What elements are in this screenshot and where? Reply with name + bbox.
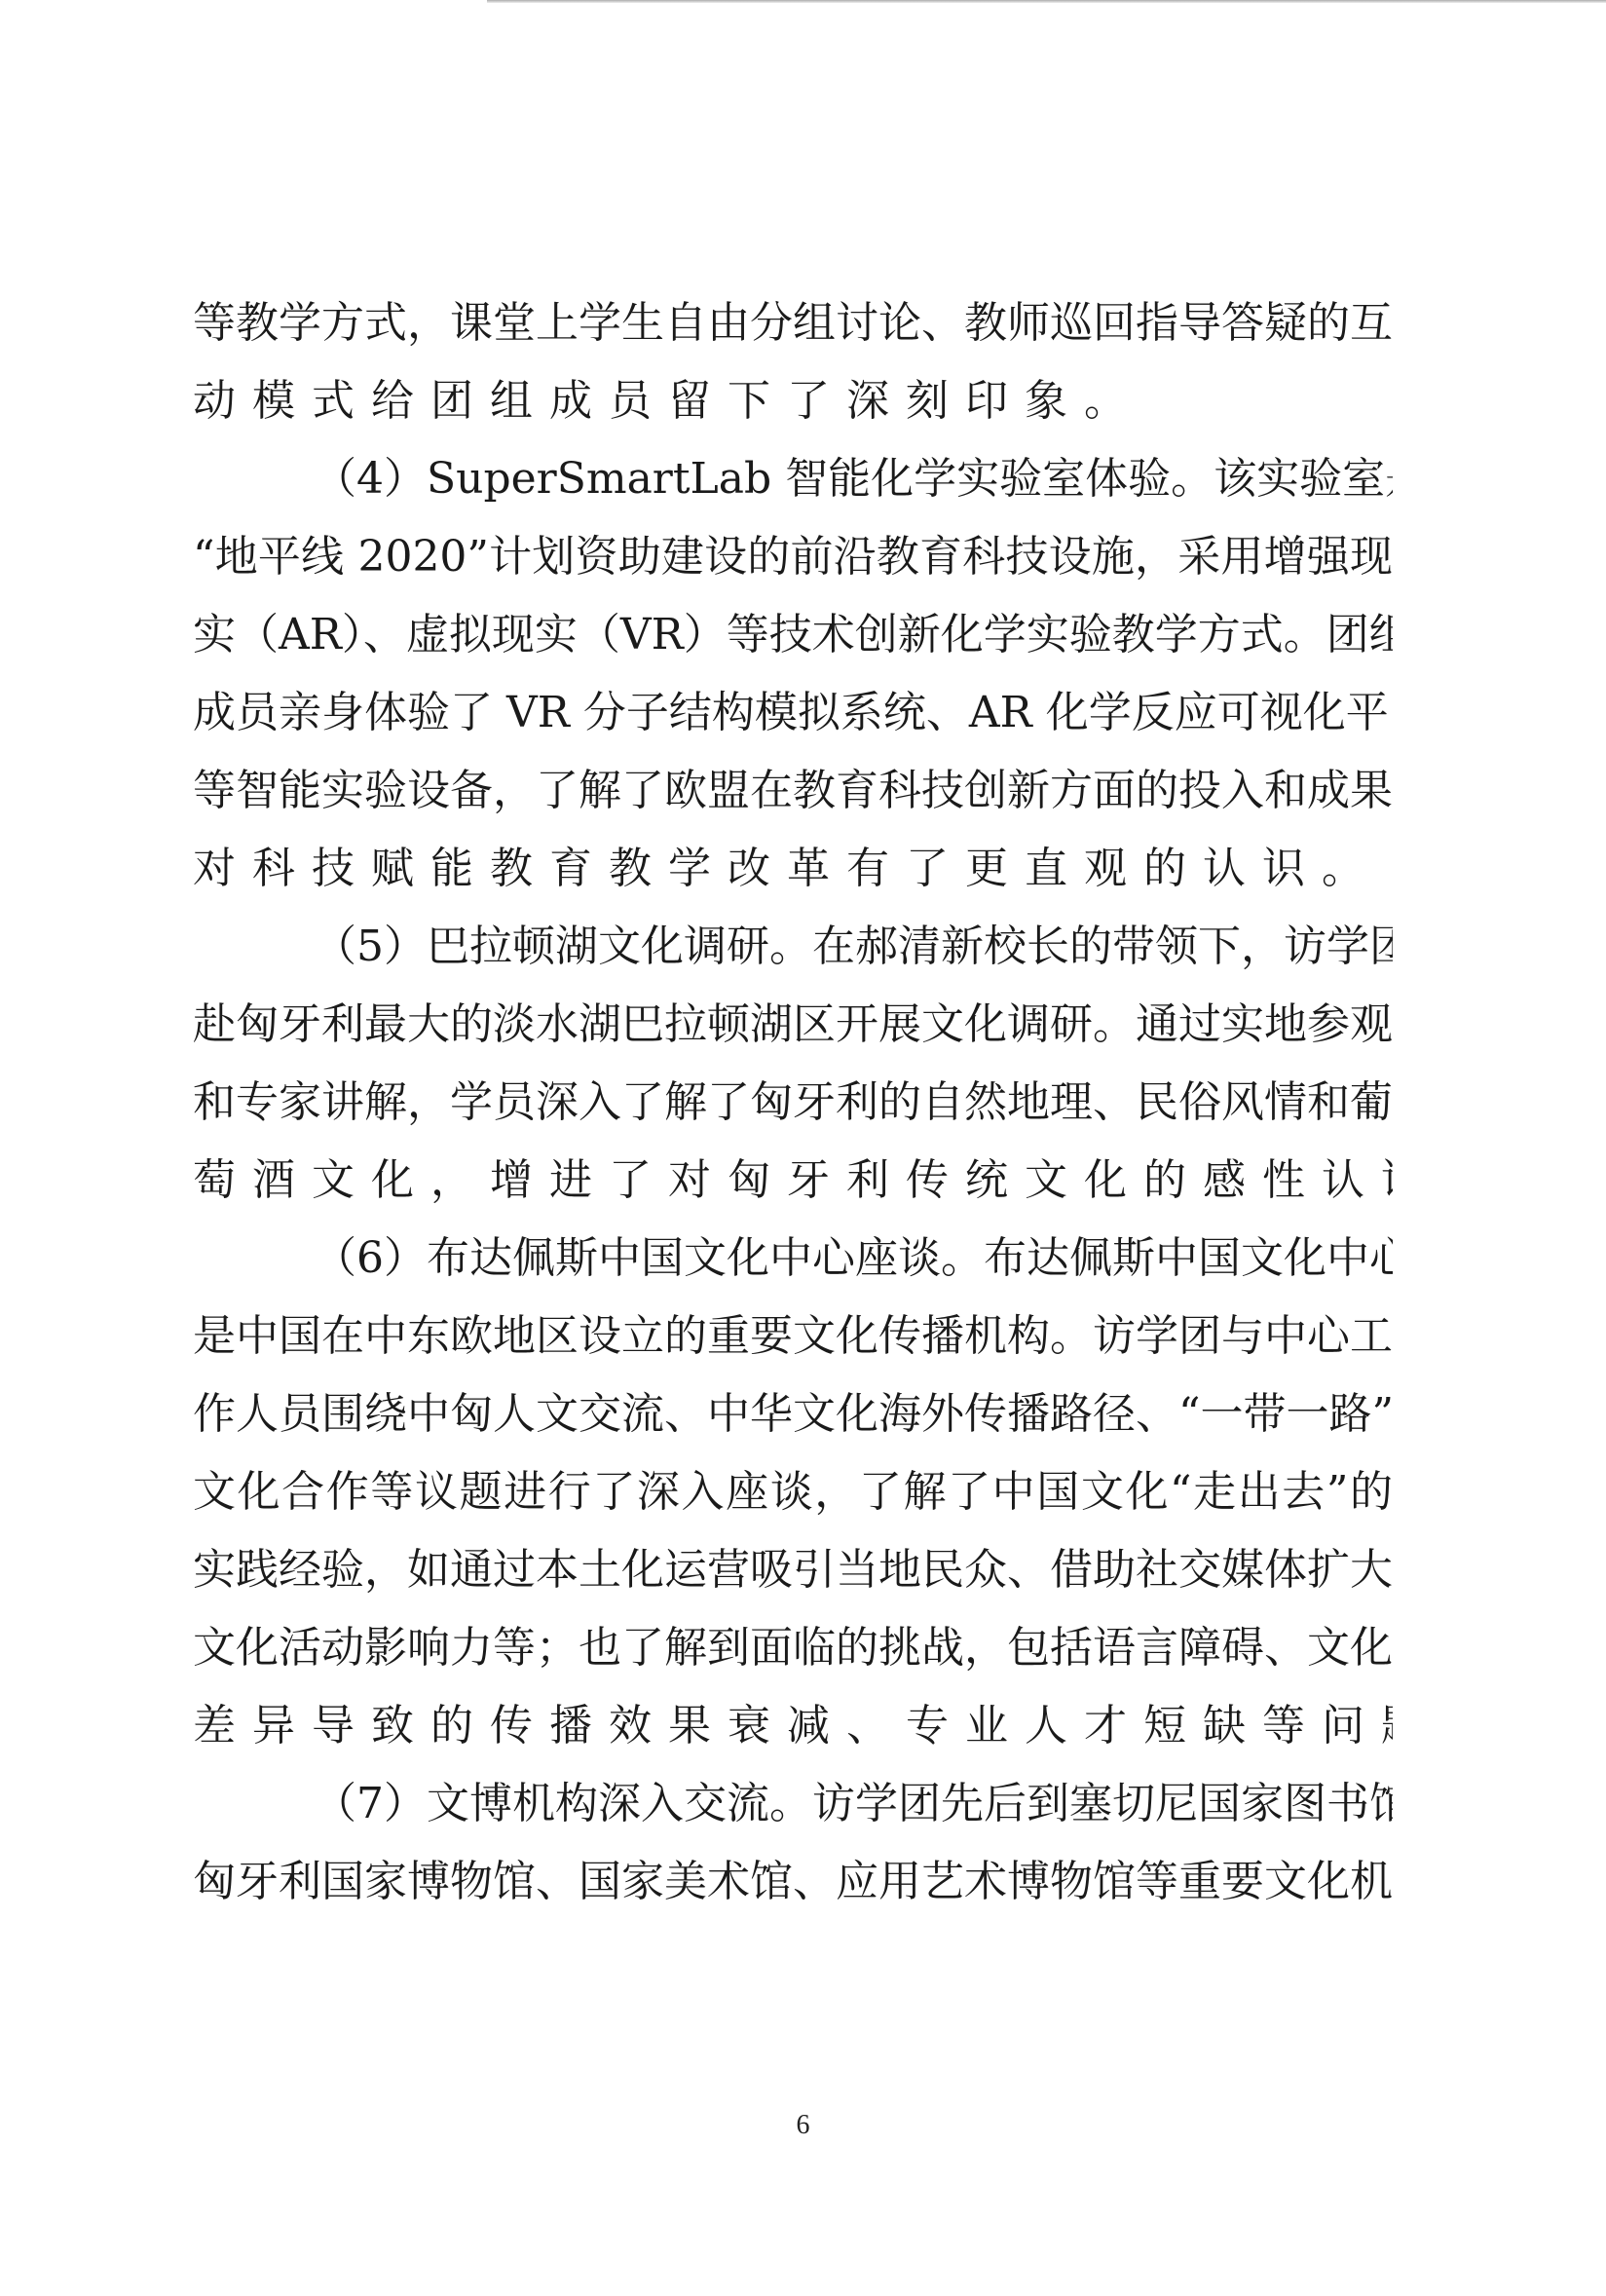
text-line: （5）巴拉顿湖文化调研。在郝清新校长的带领下，访学团: [193, 908, 1393, 986]
paragraph-item-5: （5）巴拉顿湖文化调研。在郝清新校长的带领下，访学团 赴匈牙利最大的淡水湖巴拉顿…: [193, 908, 1393, 1220]
text-line: 萄酒文化，增进了对匈牙利传统文化的感性认识。: [193, 1142, 1393, 1220]
text-line: 匈牙利国家博物馆、国家美术馆、应用艺术博物馆等重要文化机: [193, 1843, 1393, 1921]
text-line: （4）SuperSmartLab 智能化学实验室体验。该实验室是欧盟: [193, 440, 1393, 518]
text-line: 实践经验，如通过本土化运营吸引当地民众、借助社交媒体扩大: [193, 1531, 1393, 1609]
text-line: 文化活动影响力等；也了解到面临的挑战，包括语言障碍、文化: [193, 1609, 1393, 1687]
text-line: 成员亲身体验了 VR 分子结构模拟系统、AR 化学反应可视化平台: [193, 674, 1393, 752]
text-line: （7）文博机构深入交流。访学团先后到塞切尼国家图书馆、: [193, 1765, 1393, 1843]
paragraph-item-6: （6）布达佩斯中国文化中心座谈。布达佩斯中国文化中心 是中国在中东欧地区设立的重…: [193, 1220, 1393, 1765]
text-line: 差异导致的传播效果衰减、专业人才短缺等问题: [193, 1687, 1393, 1765]
text-line: 对科技赋能教育教学改革有了更直观的认识。: [193, 830, 1393, 908]
text-line: 实（AR）、虚拟现实（VR）等技术创新化学实验教学方式。团组: [193, 596, 1393, 674]
scan-edge-artifact: [487, 0, 1606, 3]
text-line: 等智能实验设备，了解了欧盟在教育科技创新方面的投入和成果，: [193, 752, 1393, 830]
paragraph-item-7: （7）文博机构深入交流。访学团先后到塞切尼国家图书馆、 匈牙利国家博物馆、国家美…: [193, 1765, 1393, 1921]
text-line: 动模式给团组成员留下了深刻印象。: [193, 362, 1393, 440]
text-line: 和专家讲解，学员深入了解了匈牙利的自然地理、民俗风情和葡: [193, 1064, 1393, 1142]
document-body: 等教学方式，课堂上学生自由分组讨论、教师巡回指导答疑的互 动模式给团组成员留下了…: [193, 284, 1393, 1921]
text-line: 文化合作等议题进行了深入座谈，了解了中国文化“走出去”的: [193, 1453, 1393, 1531]
text-line: （6）布达佩斯中国文化中心座谈。布达佩斯中国文化中心: [193, 1220, 1393, 1298]
text-line: 作人员围绕中匈人文交流、中华文化海外传播路径、“一带一路”: [193, 1375, 1393, 1453]
text-line: 是中国在中东欧地区设立的重要文化传播机构。访学团与中心工: [193, 1298, 1393, 1375]
paragraph-continuation: 等教学方式，课堂上学生自由分组讨论、教师巡回指导答疑的互 动模式给团组成员留下了…: [193, 284, 1393, 440]
page-number: 6: [0, 2110, 1606, 2141]
text-line: 等教学方式，课堂上学生自由分组讨论、教师巡回指导答疑的互: [193, 284, 1393, 362]
paragraph-item-4: （4）SuperSmartLab 智能化学实验室体验。该实验室是欧盟 “地平线 …: [193, 440, 1393, 908]
text-line: “地平线 2020”计划资助建设的前沿教育科技设施，采用增强现: [193, 518, 1393, 596]
text-line: 赴匈牙利最大的淡水湖巴拉顿湖区开展文化调研。通过实地参观: [193, 986, 1393, 1064]
